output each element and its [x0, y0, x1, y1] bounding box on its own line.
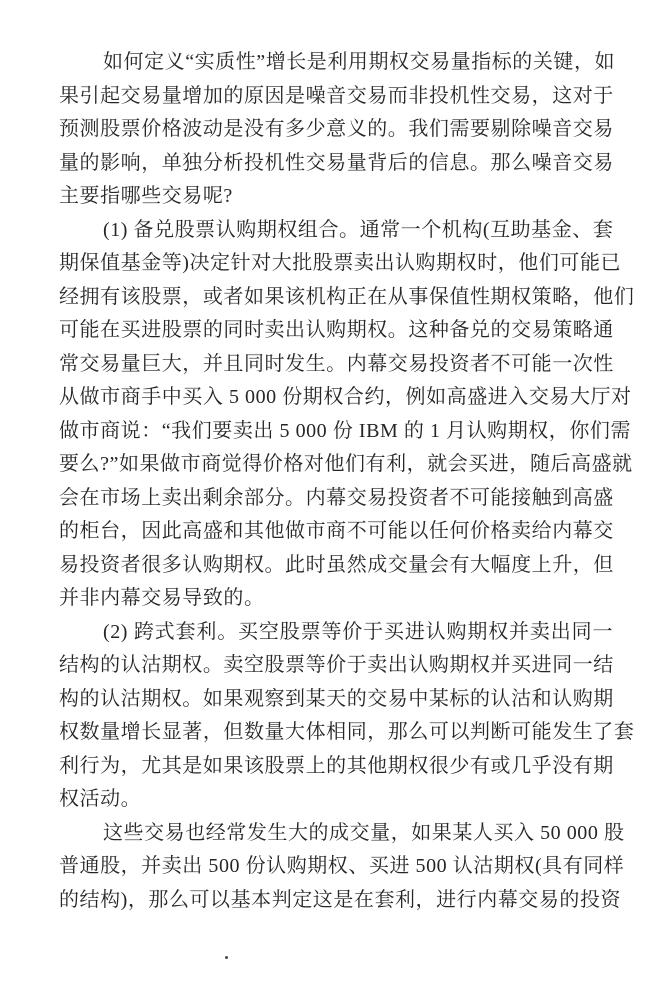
text-line: 利行为，尤其是如果该股票上的其他期权很少有或几乎没有期: [59, 750, 613, 784]
book-page: 如何定义“实质性”增长是利用期权交易量指标的关键，如果引起交易量增加的原因是噪音…: [0, 0, 672, 984]
paragraph-2: (1) 备兑股票认购期权组合。通常一个机构(互助基金、套期保值基金等)决定针对大…: [59, 214, 613, 616]
text-line: 的结构)，那么可以基本判定这是在套利，进行内幕交易的投资: [59, 884, 613, 918]
scan-speck-artifact: [225, 956, 228, 959]
text-line: 经拥有该股票，或者如果该机构正在从事保值性期权策略，他们: [59, 281, 613, 315]
text-line: 构的认沽期权。如果观察到某天的交易中某标的认沽和认购期: [59, 683, 613, 717]
text-line: 易投资者很多认购期权。此时虽然成交量会有大幅度上升，但: [59, 549, 613, 583]
paragraph-1: 如何定义“实质性”增长是利用期权交易量指标的关键，如果引起交易量增加的原因是噪音…: [59, 46, 613, 214]
text-line: 期保值基金等)决定针对大批股票卖出认购期权时，他们可能已: [59, 247, 613, 281]
text-line: 主要指哪些交易呢?: [59, 180, 613, 214]
text-line: (1) 备兑股票认购期权组合。通常一个机构(互助基金、套: [59, 214, 613, 248]
text-line: 果引起交易量增加的原因是噪音交易而非投机性交易，这对于: [59, 80, 613, 114]
text-line: 普通股，并卖出 500 份认购期权、买进 500 认沽期权(具有同样: [59, 850, 613, 884]
text-line: 预测股票价格波动是没有多少意义的。我们需要剔除噪音交易: [59, 113, 613, 147]
text-line: 做市商说：“我们要卖出 5 000 份 IBM 的 1 月认购期权，你们需: [59, 415, 613, 449]
text-line: 权数量增长显著，但数量大体相同，那么可以判断可能发生了套: [59, 716, 613, 750]
page-text-block: 如何定义“实质性”增长是利用期权交易量指标的关键，如果引起交易量增加的原因是噪音…: [59, 46, 613, 917]
text-line: 常交易量巨大，并且同时发生。内幕交易投资者不可能一次性: [59, 348, 613, 382]
text-line: 这些交易也经常发生大的成交量，如果某人买入 50 000 股: [59, 817, 613, 851]
text-line: 要么?”如果做市商觉得价格对他们有利，就会买进，随后高盛就: [59, 448, 613, 482]
text-line: (2) 跨式套利。买空股票等价于买进认购期权并卖出同一: [59, 616, 613, 650]
paragraph-4: 这些交易也经常发生大的成交量，如果某人买入 50 000 股普通股，并卖出 50…: [59, 817, 613, 918]
text-line: 如何定义“实质性”增长是利用期权交易量指标的关键，如: [59, 46, 613, 80]
paragraph-3: (2) 跨式套利。买空股票等价于买进认购期权并卖出同一结构的认沽期权。卖空股票等…: [59, 616, 613, 817]
text-line: 的柜台，因此高盛和其他做市商不可能以任何价格卖给内幕交: [59, 515, 613, 549]
text-line: 量的影响，单独分析投机性交易量背后的信息。那么噪音交易: [59, 147, 613, 181]
text-line: 可能在买进股票的同时卖出认购期权。这种备兑的交易策略通: [59, 314, 613, 348]
text-line: 从做市商手中买入 5 000 份期权合约，例如高盛进入交易大厅对: [59, 381, 613, 415]
text-line: 权活动。: [59, 783, 613, 817]
text-line: 会在市场上卖出剩余部分。内幕交易投资者不可能接触到高盛: [59, 482, 613, 516]
text-line: 结构的认沽期权。卖空股票等价于卖出认购期权并买进同一结: [59, 649, 613, 683]
text-line: 并非内幕交易导致的。: [59, 582, 613, 616]
